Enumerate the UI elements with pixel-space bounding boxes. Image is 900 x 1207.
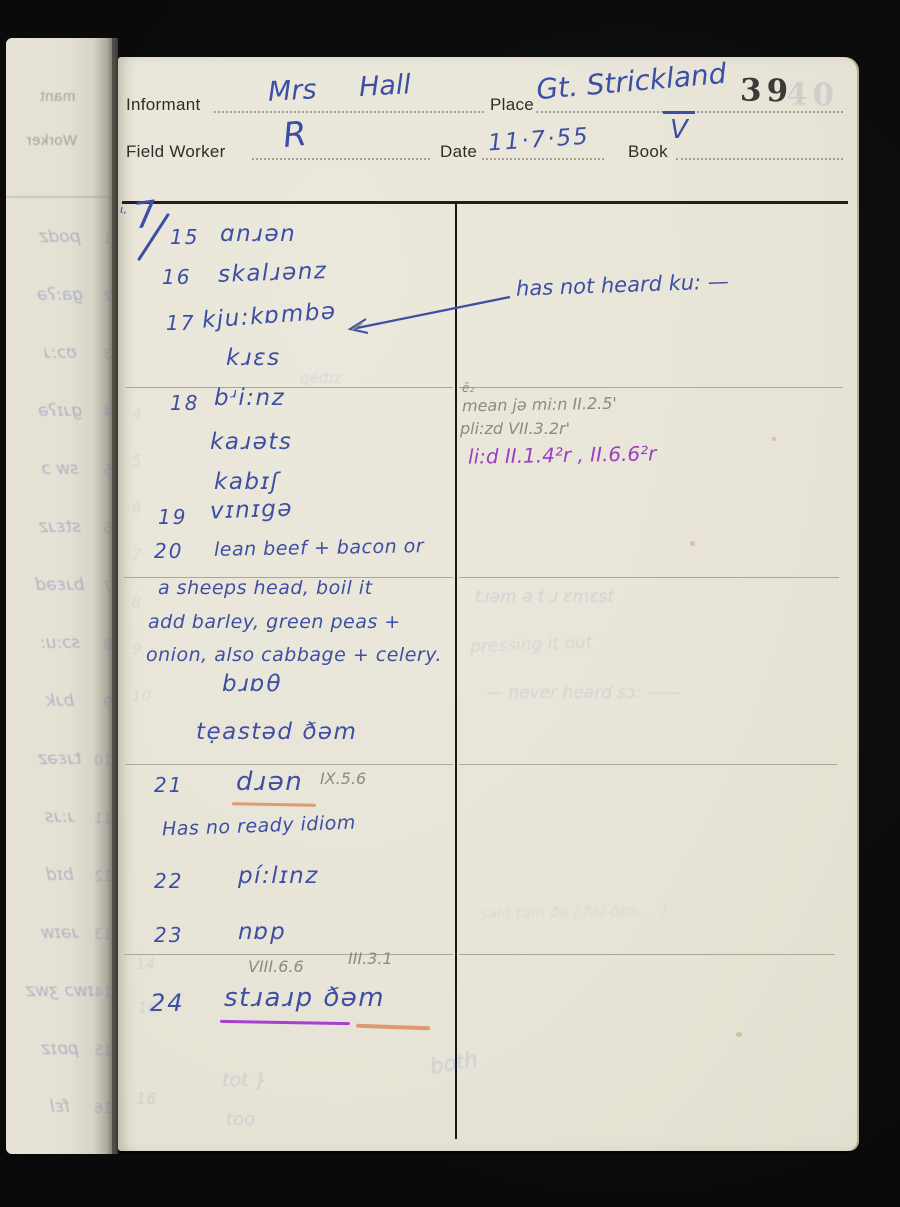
informant-dotted-line	[214, 111, 484, 113]
place-label: Place	[490, 95, 534, 115]
corner-tick: ι,	[120, 203, 127, 216]
arrow-note: has not heard ku: —	[516, 269, 730, 300]
entry-20-text-2: a sheeps head, boil it	[158, 577, 373, 599]
entry-21-text: dɹən	[236, 767, 303, 797]
ghost-margin-number: 18	[138, 999, 157, 1017]
ghost-margin-number: 16	[136, 1089, 156, 1108]
entry-24-orange-underline	[356, 1024, 430, 1031]
entry-17-number: 17	[166, 311, 195, 335]
entry-20-text: lean beef + bacon or	[214, 535, 424, 561]
entry-20-text-4: onion, also cabbage + celery.	[146, 644, 442, 666]
fieldworker-label: Field Worker	[126, 142, 226, 162]
row-rule	[124, 954, 453, 955]
entry-22-number: 22	[154, 869, 183, 893]
date-value: 11·7·55	[487, 123, 590, 156]
row-rule	[126, 387, 453, 388]
informant-value: Mrs Hall	[267, 69, 411, 107]
informant-label: Informant	[126, 95, 201, 115]
pencil-note-1: mean jə mi:n II.2.5'	[462, 394, 617, 416]
date-dotted-line	[482, 158, 604, 160]
annotation-arrow	[340, 289, 516, 339]
entry-22-text: pí:lɪnz	[238, 863, 319, 889]
ghost-margin-numbers: 4 5 6 7 8 9 10	[132, 391, 151, 720]
entry-17-text-2: kɹɛs	[226, 345, 281, 371]
place-value: Gt. Strickland	[535, 57, 728, 106]
entry-18-text: bʴi:nz	[214, 385, 285, 411]
book-value: V	[663, 115, 695, 145]
ghost-text: tɹəm ə t ɹ ɛmɛst	[475, 587, 614, 607]
entry-18-text-2: kaɹəts	[210, 429, 292, 455]
entry-23-text: nɒp	[238, 919, 286, 945]
ghost-text: pressing it out	[470, 633, 593, 657]
entry-20-text-3: add barley, green peas +	[148, 611, 401, 633]
entry-19-number: 19	[158, 505, 187, 529]
entry-23-number: 23	[154, 923, 183, 947]
verso-page-edge: mant Worker podz ga:ʔə ʊɔ:ɹ gɹɪʔə sw ɔ s…	[6, 38, 118, 1154]
column-divider	[455, 201, 457, 1139]
row-rule	[459, 577, 839, 578]
header-rule	[122, 201, 848, 204]
scanned-notebook-page: mant Worker podz ga:ʔə ʊɔ:ɹ gɹɪʔə sw ɔ s…	[0, 0, 900, 1207]
entry-21-number: 21	[154, 773, 183, 797]
ghost-margin-number: 14	[136, 955, 155, 973]
entry-24-reference-right: III.3.1	[348, 949, 393, 968]
purple-note: li:d II.1.4²r , II.6.6²r	[468, 441, 657, 468]
entry-16-text: skalɹənz	[218, 258, 328, 288]
ghost-text: tot }	[222, 1069, 267, 1091]
row-rule	[459, 954, 835, 955]
entry-18-text-3: kabɪʃ	[214, 469, 280, 495]
entry-17-text: kju:kɒmbə	[201, 298, 337, 333]
entry-19-text: vɪnɪgə	[210, 496, 294, 525]
entry-20-number: 20	[154, 539, 183, 563]
entry-20-text-6: tẹastəd ðəm	[196, 719, 357, 745]
notebook-page: Informant Place Field Worker Date Book M…	[118, 57, 857, 1151]
row-rule	[459, 764, 837, 765]
ghost-text: too	[226, 1109, 255, 1130]
entry-24-reference-left: VIII.6.6	[248, 957, 304, 976]
entry-15-text: ɑnɹən	[220, 221, 296, 247]
ghost-text: both	[428, 1047, 479, 1079]
entry-21-note: Has no ready idiom	[162, 812, 356, 841]
foxing-speck	[736, 1032, 742, 1037]
fieldworker-value: R	[281, 114, 309, 156]
row-rule	[126, 764, 453, 765]
pencil-superscript: ē₂	[462, 381, 474, 395]
entry-21-reference: IX.5.6	[320, 769, 366, 788]
foxing-speck	[772, 437, 776, 441]
verso-ghost-informant-label: mant	[40, 88, 75, 105]
book-dotted-line	[676, 158, 843, 160]
entry-21-orange-underline	[232, 802, 316, 806]
entry-16-number: 16	[162, 265, 191, 289]
pencil-note-2: pli:zd VII.3.2r'	[460, 419, 570, 438]
verso-ghost-worker-label: Worker	[26, 132, 77, 149]
verso-ghost-numbers: 1 2 3 4 5 6 7 8 9 10 11 12 13 14 15 16	[92, 210, 112, 1138]
entry-15-number: 15	[170, 225, 199, 249]
book-label: Book	[628, 142, 668, 162]
ghost-text: qédɪz	[300, 369, 342, 387]
entry-18-number: 18	[170, 391, 199, 415]
date-label: Date	[440, 142, 477, 162]
verso-ghost-rule	[6, 196, 110, 198]
foxing-speck	[690, 541, 695, 546]
page-number-stamp-ghost: 40	[786, 77, 840, 114]
ghost-text: said təm ðə ( fəɹ ðɛn … )	[480, 901, 668, 922]
entry-20-text-5: bɹɒθ	[222, 671, 282, 697]
ghost-text: — never heard sɔ: ——	[486, 683, 681, 703]
entry-24-text: stɹaɹp ðəm	[224, 983, 385, 1013]
entry-24-purple-underline	[220, 1020, 350, 1025]
fieldworker-dotted-line	[252, 158, 430, 160]
row-rule	[459, 387, 843, 388]
